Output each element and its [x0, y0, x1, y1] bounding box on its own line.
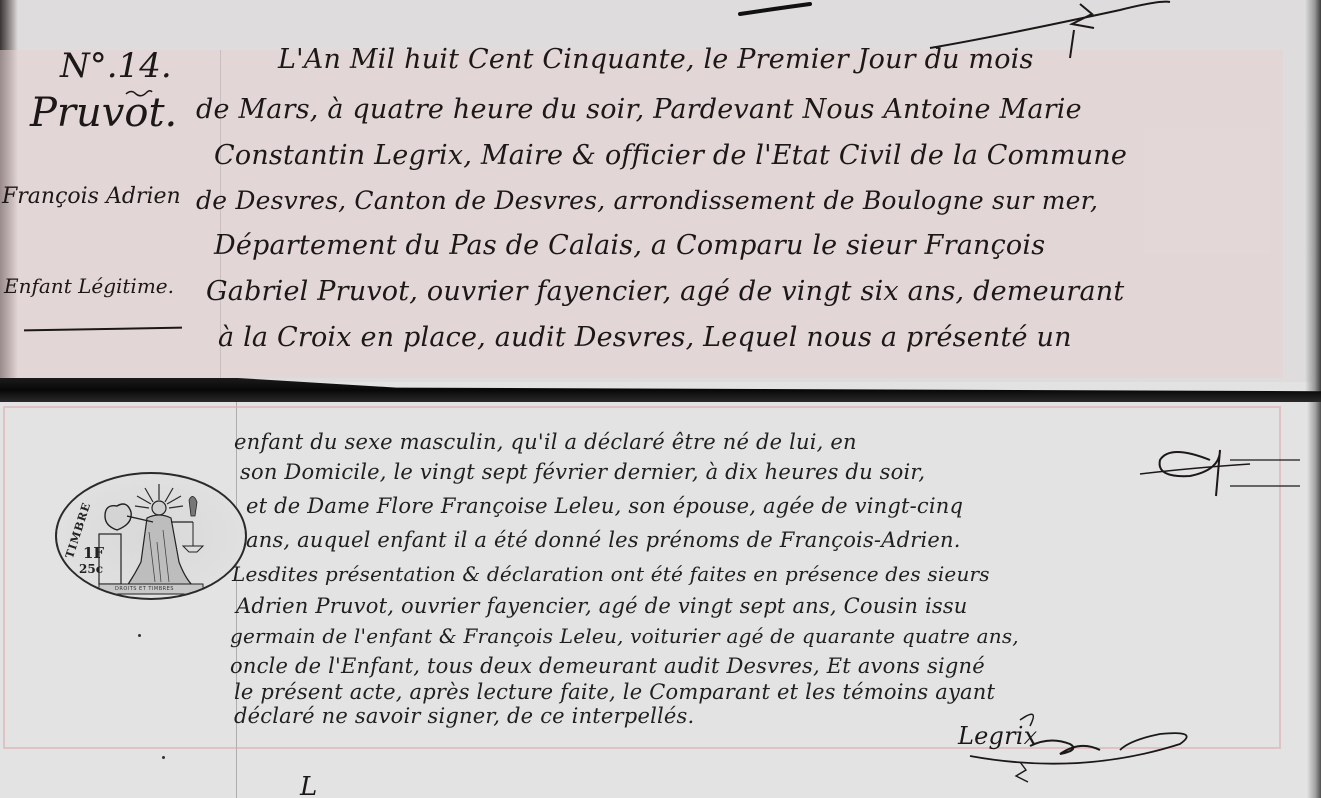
ink-speck	[162, 756, 165, 759]
record-line-1: L'An Mil huit Cent Cinquante, le Premier…	[278, 44, 1034, 75]
page-edge-right-lower	[1307, 402, 1321, 798]
record-line-2: de Mars, à quatre heure du soir, Pardeva…	[196, 94, 1082, 125]
record-line-10: et de Dame Flore Françoise Leleu, son ép…	[246, 494, 963, 518]
page-edge-right	[1305, 0, 1321, 400]
record-line-9: son Domicile, le vingt sept février dern…	[240, 460, 925, 484]
record-line-12: Lesdites présentation & déclaration ont …	[232, 562, 990, 586]
legitimacy-margin: Enfant Légitime.	[4, 274, 174, 298]
record-line-6: Gabriel Pruvot, ouvrier fayencier, agé d…	[206, 276, 1124, 307]
record-line-4: de Desvres, Canton de Desvres, arrondiss…	[196, 186, 1098, 215]
record-line-16: le présent acte, après lecture faite, le…	[234, 680, 995, 704]
record-line-8: enfant du sexe masculin, qu'il a déclaré…	[234, 430, 857, 454]
surname-margin: Pruvot.	[30, 90, 177, 136]
record-line-3: Constantin Legrix, Maire & officier de l…	[214, 140, 1127, 171]
stamp-value-centimes: 25c	[79, 562, 103, 576]
record-line-13: Adrien Pruvot, ouvrier fayencier, agé de…	[236, 594, 968, 618]
record-line-7: à la Croix en place, audit Desvres, Lequ…	[218, 322, 1072, 353]
ink-speck	[138, 634, 141, 637]
stamp-caption: DROITS ET TIMBRES	[115, 586, 174, 592]
record-line-17: déclaré ne savoir signer, de ce interpel…	[234, 704, 694, 728]
record-line-14: germain de l'enfant & François Leleu, vo…	[230, 624, 1019, 648]
record-line-11: ans, auquel enfant il a été donné les pr…	[246, 528, 961, 552]
stamp-value-francs: 1F	[83, 544, 104, 562]
next-entry-fragment: L	[300, 772, 317, 798]
record-line-15: oncle de l'Enfant, tous deux demeurant a…	[230, 654, 985, 678]
scanned-register-page: N°.14. Pruvot. François Adrien Enfant Lé…	[0, 0, 1321, 798]
mayor-signature: Legrix	[958, 722, 1037, 750]
tax-stamp: TIMBRE 1F 25c DROITS ET TIMBRES	[55, 472, 247, 600]
given-names-margin: François Adrien	[2, 184, 181, 209]
justice-figure-icon	[97, 482, 217, 597]
record-line-5: Département du Pas de Calais, a Comparu …	[214, 230, 1045, 261]
act-number: N°.14.	[60, 46, 172, 86]
